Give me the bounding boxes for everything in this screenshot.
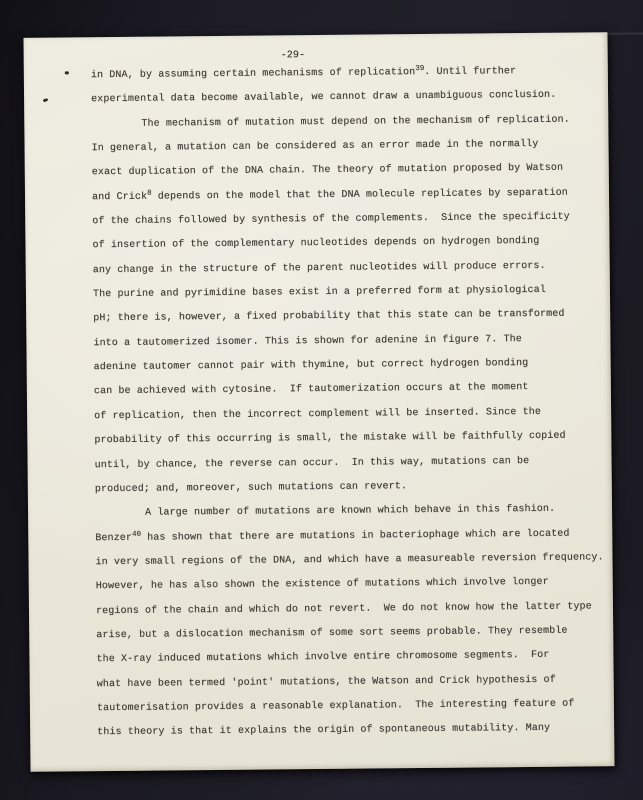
ink-speck xyxy=(43,98,49,103)
text-body: in DNA, by assuming certain mechanisms o… xyxy=(91,64,610,751)
ink-speck xyxy=(65,71,69,74)
text-line: this theory is that it explains the orig… xyxy=(97,722,609,751)
document-page: -29- in DNA, by assuming certain mechani… xyxy=(23,32,614,772)
scan-background: -29- in DNA, by assuming certain mechani… xyxy=(0,0,643,800)
page-number: -29- xyxy=(281,50,306,61)
